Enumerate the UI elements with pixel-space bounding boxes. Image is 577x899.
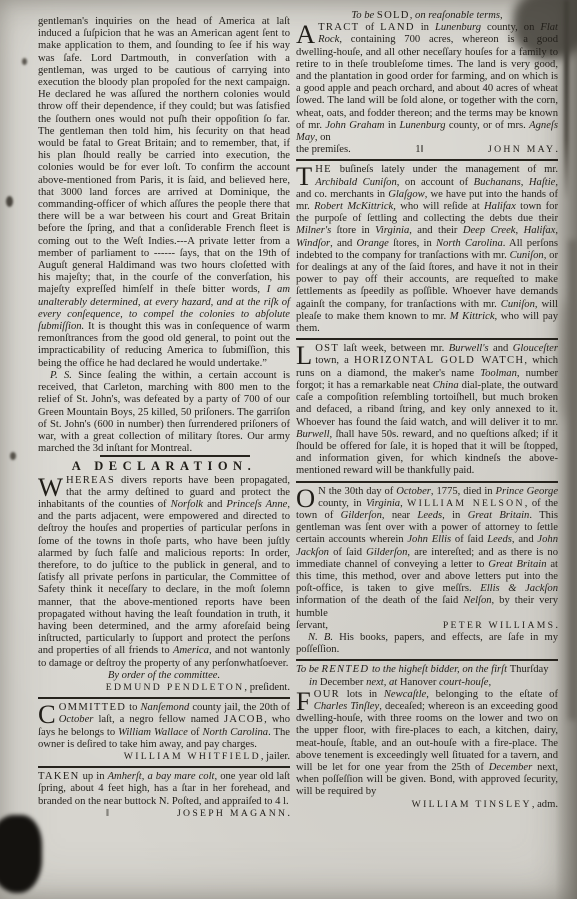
- text-segment: , containing 700 acres, whereon is a goo…: [296, 34, 558, 130]
- text-segment: of ſaid: [451, 534, 487, 545]
- divider-rule: [100, 455, 250, 457]
- drop-cap: F: [296, 689, 314, 713]
- text-segment: North Carolina: [203, 727, 269, 738]
- text-segment: HORIZONTAL GOLD WATCH: [354, 355, 524, 366]
- text-line: ſervant,PETER WILLIAMS.: [296, 620, 558, 632]
- text-segment: Lunenburg: [435, 22, 481, 33]
- scan-artifact-ink-blot: [0, 815, 42, 893]
- text-segment: Glouceſter: [513, 343, 558, 354]
- text-segment: OUR: [314, 689, 340, 700]
- text-segment: , preſident.: [244, 682, 290, 693]
- text-segment: JOHN MAY: [488, 144, 555, 155]
- text-segment: Robert McKittrick: [314, 201, 393, 212]
- divider-rule: [296, 481, 558, 483]
- text-segment: , and the parts adjacent, were empowered…: [38, 499, 290, 656]
- text-segment: Gilderſon: [341, 510, 382, 521]
- text-segment: county jail, the 20th of: [189, 702, 290, 713]
- column-left: gentleman's inquiries on the head of Ame…: [38, 16, 290, 820]
- scan-artifact-speck: [22, 58, 27, 65]
- column-right: To be SOLD, on reaſonable terms,ATRACT o…: [296, 10, 558, 811]
- text-segment: of: [359, 22, 380, 33]
- text-segment: P. S.: [50, 370, 72, 381]
- text-segment: Leeds: [417, 510, 442, 521]
- text-segment: Charles Tinſley: [314, 701, 379, 712]
- text-segment: John Graham: [325, 120, 384, 131]
- text-segment: N. B.: [308, 632, 333, 643]
- paragraph: TAKEN up in Amherſt, a bay mare colt, on…: [38, 771, 290, 808]
- text-segment: Thurſday: [510, 664, 549, 675]
- text-segment: ,: [555, 225, 558, 236]
- text-segment: December: [489, 762, 533, 773]
- text-segment: North Carolina: [436, 238, 503, 249]
- text-segment: Amherſt: [108, 771, 142, 782]
- text-segment: Lunenburg: [399, 120, 445, 131]
- text-segment: Haſtie: [529, 177, 555, 188]
- text-segment: ‖: [106, 808, 109, 819]
- text-segment: Ellis & Jackſon: [480, 583, 558, 594]
- drop-cap: W: [38, 475, 66, 499]
- text-segment: , on account of: [397, 177, 474, 188]
- text-segment: M Kittrick: [450, 311, 495, 322]
- text-segment: EDMUND PENDLETON: [106, 682, 245, 693]
- text-segment: , jailer.: [261, 751, 290, 762]
- line-part: By order of the committee.: [108, 670, 220, 682]
- line-part: To be SOLD, on reaſonable terms,: [351, 10, 502, 22]
- text-segment: OST: [315, 343, 339, 354]
- text-segment: a bay mare colt: [147, 771, 214, 782]
- text-line: ‖JOSEPH MAGANN.: [38, 808, 290, 820]
- text-segment: town, a: [315, 355, 354, 366]
- line-part: WILLIAM TINSLEY, adm.: [412, 799, 558, 811]
- line-part: ‖: [106, 808, 109, 820]
- text-segment: China: [433, 380, 459, 391]
- divider-rule: [38, 766, 290, 768]
- text-segment: gentleman's inquiries on the head of Ame…: [38, 16, 290, 295]
- text-segment: .: [555, 620, 558, 631]
- text-segment: Prince George: [496, 486, 559, 497]
- paragraph: FOUR lots in Newcaſtle, belonging to the…: [296, 689, 558, 799]
- text-segment: ſtores, in: [389, 238, 436, 249]
- scan-artifact-right-edge: [555, 0, 577, 899]
- paragraph: WHEREAS divers reports have been propaga…: [38, 475, 290, 670]
- text-segment: Burwell's: [449, 343, 489, 354]
- text-segment: , on: [315, 132, 331, 143]
- text-segment: next, at: [363, 677, 399, 688]
- drop-cap: T: [296, 164, 315, 188]
- text-line: the premiſes.1‖JOHN MAY.: [296, 144, 558, 156]
- text-segment: Windſor: [296, 238, 330, 249]
- text-segment: William Wallace: [118, 727, 188, 738]
- text-segment: the premiſes.: [296, 144, 351, 155]
- text-segment: His books, papers, and effects, are ſafe…: [296, 632, 558, 655]
- text-segment: county, in: [318, 498, 366, 509]
- text-segment: Orange: [357, 238, 389, 249]
- text-segment: Great Britain: [488, 559, 546, 570]
- paragraph: ATRACT of LAND in Lunenburg county, on F…: [296, 22, 558, 144]
- drop-cap: L: [296, 343, 315, 367]
- scan-artifact-speck: [10, 452, 16, 460]
- scan-artifact-crease: [564, 0, 569, 200]
- text-segment: Burwell: [296, 429, 330, 440]
- text-segment: and: [489, 343, 513, 354]
- text-segment: Great Britain: [468, 510, 530, 521]
- text-segment: , who will reſide at: [393, 201, 484, 212]
- text-segment: October: [396, 486, 431, 497]
- text-segment: ,: [521, 177, 529, 188]
- paragraph: ON the 30th day of October, 1775, died i…: [296, 486, 558, 620]
- text-segment: SOLD: [377, 10, 410, 21]
- section-heading: A DECLARATION.: [38, 460, 290, 472]
- text-segment: Nanſemond: [140, 702, 189, 713]
- text-segment: , in: [442, 510, 468, 521]
- text-segment: N the 30th day of: [318, 486, 396, 497]
- scan-artifact-speck: [6, 196, 13, 207]
- text-segment: October: [59, 714, 94, 725]
- text-segment: Virginia: [375, 225, 409, 236]
- text-segment: Princeſs Anne: [226, 499, 287, 510]
- paragraph: gentleman's inquiries on the head of Ame…: [38, 16, 290, 370]
- text-segment: Nelſon: [463, 595, 491, 606]
- text-segment: LAND: [380, 22, 415, 33]
- text-segment: , on reaſonable terms,: [410, 10, 503, 21]
- text-segment: Halifax: [484, 201, 516, 212]
- text-segment: , and: [512, 534, 538, 545]
- paragraph: THE buſineſs lately under the management…: [296, 164, 558, 335]
- line-part: JOHN MAY.: [488, 144, 558, 156]
- text-segment: Buchanans: [474, 177, 521, 188]
- text-segment: America: [173, 645, 209, 656]
- text-segment: Virginia: [366, 498, 400, 509]
- text-segment: ſervant,: [296, 620, 328, 631]
- text-segment: TRACT: [318, 22, 359, 33]
- text-segment: HE: [315, 164, 332, 175]
- paragraph: N. B. His books, papers, and effects, ar…: [296, 632, 558, 656]
- text-segment: up in: [80, 771, 108, 782]
- text-segment: court-houſe,: [436, 677, 491, 688]
- text-segment: To be: [296, 664, 322, 675]
- text-segment: laſt, a negro fellow named: [93, 714, 224, 725]
- text-segment: Milner's: [296, 225, 331, 236]
- text-segment: Since ſealing the within, a certain acco…: [38, 370, 290, 454]
- text-segment: , near: [382, 510, 418, 521]
- line-part: 1‖: [415, 144, 423, 156]
- text-segment: in: [415, 22, 435, 33]
- text-segment: , adm.: [532, 799, 558, 810]
- text-segment: Hanover: [400, 677, 436, 688]
- line-part: the premiſes.: [296, 144, 351, 156]
- text-segment: and: [203, 499, 226, 510]
- divider-rule: [296, 338, 558, 340]
- text-segment: WILLIAM NELSON: [407, 498, 525, 509]
- divider-rule: [38, 697, 290, 699]
- text-segment: WILLIAM WHITFIELD: [124, 751, 261, 762]
- text-segment: ,: [516, 225, 524, 236]
- drop-cap: O: [296, 486, 318, 510]
- text-line: To be SOLD, on reaſonable terms,: [296, 10, 558, 22]
- text-segment: By order of the committee.: [108, 670, 220, 681]
- text-segment: to: [126, 702, 140, 713]
- text-segment: December: [320, 677, 364, 688]
- text-segment: .: [287, 808, 290, 819]
- text-segment: JACOB: [224, 714, 264, 725]
- line-part: JOSEPH MAGANN.: [177, 808, 290, 820]
- text-segment: PETER WILLIAMS: [443, 620, 555, 631]
- text-segment: Cuniſon: [510, 250, 544, 261]
- text-segment: 1‖: [415, 144, 423, 155]
- text-segment: Norfolk: [171, 499, 203, 510]
- text-segment: Gilderſon: [366, 547, 407, 558]
- text-line: WILLIAM WHITFIELD, jailer.: [38, 751, 290, 763]
- text-segment: county, or of mrs.: [446, 120, 530, 131]
- text-segment: Deep Creek: [463, 225, 516, 236]
- text-segment: buſineſs lately under the management of …: [332, 164, 558, 175]
- text-segment: WILLIAM TINSLEY: [412, 799, 532, 810]
- text-segment: Halifax: [524, 225, 556, 236]
- text-segment: Toolman: [480, 368, 517, 379]
- text-segment: in: [309, 677, 320, 688]
- text-segment: To be: [351, 10, 377, 21]
- text-segment: HEREAS: [66, 475, 115, 486]
- text-segment: .: [555, 144, 558, 155]
- text-segment: county, on: [481, 22, 540, 33]
- text-segment: lots in: [340, 689, 384, 700]
- text-segment: Glaſgow: [388, 189, 425, 200]
- text-segment: of ſaid: [329, 547, 366, 558]
- text-segment: , and: [330, 238, 356, 249]
- drop-cap: A: [296, 22, 318, 46]
- scan-artifact-right-band: [568, 240, 577, 720]
- drop-cap: C: [38, 702, 59, 726]
- text-segment: , and their: [409, 225, 463, 236]
- text-segment: TAKEN: [38, 771, 80, 782]
- text-segment: John Ellis: [407, 534, 451, 545]
- text-segment: JOSEPH MAGANN: [177, 808, 287, 819]
- divider-rule: [296, 159, 558, 161]
- scan-artifact-smudge: [561, 300, 575, 420]
- text-segment: OMMITTED: [59, 702, 126, 713]
- divider-rule: [296, 659, 558, 661]
- text-line: By order of the committee.: [38, 670, 290, 682]
- text-line: EDMUND PENDLETON, preſident.: [38, 682, 290, 694]
- line-part: WILLIAM WHITFIELD, jailer.: [124, 751, 290, 763]
- text-line: WILLIAM TINSLEY, adm.: [296, 799, 558, 811]
- text-segment: Cuniſon: [501, 299, 535, 310]
- text-segment: in: [385, 120, 400, 131]
- text-segment: , belonging to the eſtate of: [426, 689, 558, 700]
- text-segment: ſtore in: [331, 225, 375, 236]
- paragraph: P. S. Since ſealing the within, a certai…: [38, 370, 290, 455]
- text-segment: RENTED: [322, 664, 370, 675]
- line-part: ſervant,: [296, 620, 328, 632]
- text-segment: , 1775, died in: [431, 486, 496, 497]
- text-segment: , ſhall have 50s. reward, and no queſtio…: [296, 429, 558, 477]
- text-segment: information of the death of the ſaid: [296, 595, 463, 606]
- line-part: EDMUND PENDLETON, preſident.: [106, 682, 290, 694]
- text-segment: to the higheſt bidder, on the firſt: [369, 664, 509, 675]
- line-part: PETER WILLIAMS.: [443, 620, 558, 632]
- newspaper-page: gentleman's inquiries on the head of Ame…: [0, 0, 577, 899]
- paragraph: LOST laſt week, between mr. Burwell's an…: [296, 343, 558, 477]
- text-segment: Archibald Cuniſon: [315, 177, 397, 188]
- paragraph: To be RENTED to the higheſt bidder, on t…: [296, 664, 558, 688]
- text-segment: laſt week, between mr.: [339, 343, 449, 354]
- text-segment: Newcaſtle: [384, 689, 426, 700]
- text-segment: Leeds: [487, 534, 512, 545]
- text-segment: of: [188, 727, 203, 738]
- paragraph: COMMITTED to Nanſemond county jail, the …: [38, 702, 290, 751]
